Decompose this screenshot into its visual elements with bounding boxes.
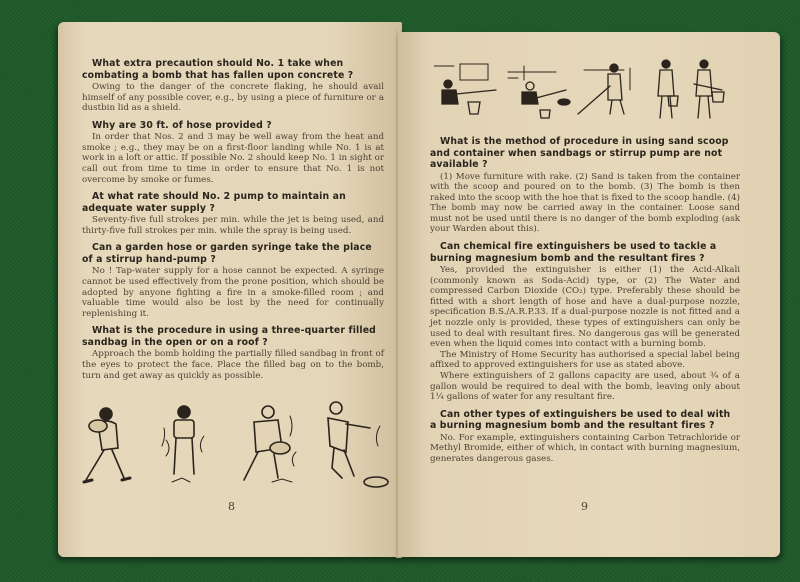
question-heading: Can other types of extinguishers be used… — [430, 409, 740, 432]
answer-paragraph: In order that Nos. 2 and 3 may be well a… — [82, 132, 384, 185]
answer-paragraph: (1) Move furniture with rake. (2) Sand i… — [430, 172, 740, 236]
question-heading: What is the procedure in using a three-q… — [82, 325, 384, 348]
question-heading: What is the method of procedure in using… — [430, 136, 740, 171]
figure-carrying-sandbag-icon — [84, 408, 130, 482]
question-heading: Can a garden hose or garden syringe take… — [82, 242, 384, 265]
question-heading: What extra precaution should No. 1 take … — [82, 58, 384, 81]
figure-running-away-icon — [328, 402, 388, 487]
answer-paragraph: No ! Tap-water supply for a hose cannot … — [82, 266, 384, 319]
left-page: What extra precaution should No. 1 take … — [58, 22, 402, 557]
left-page-text: What extra precaution should No. 1 take … — [82, 52, 384, 381]
figure-approaching-fire-icon — [162, 406, 204, 482]
scoop-sand-icon — [508, 66, 570, 118]
answer-paragraph: Approach the bomb holding the partially … — [82, 349, 384, 381]
question-heading: At what rate should No. 2 pump to mainta… — [82, 191, 384, 214]
answer-paragraph: The Ministry of Home Security has author… — [430, 350, 740, 371]
open-booklet: What extra precaution should No. 1 take … — [0, 0, 800, 582]
answer-paragraph: Seventy-five full strokes per min. while… — [82, 215, 384, 236]
right-page-text: What is the method of procedure in using… — [430, 130, 740, 465]
answer-paragraph: Yes, provided the extinguisher is either… — [430, 265, 740, 350]
carry-container-icon — [658, 60, 724, 118]
right-page: What is the method of procedure in using… — [398, 32, 780, 557]
question-heading: Why are 30 ft. of hose provided ? — [82, 120, 384, 132]
page-number: 9 — [581, 500, 588, 513]
answer-paragraph: Where extinguishers of 2 gallons capacit… — [430, 371, 740, 403]
rake-furniture-icon — [434, 64, 496, 114]
answer-paragraph: Owing to the danger of the concrete flak… — [82, 82, 384, 114]
figure-placing-sandbag-icon — [244, 406, 296, 482]
question-heading: Can chemical fire extinguishers be used … — [430, 241, 740, 264]
sandbag-procedure-illustration — [76, 396, 394, 496]
sand-scoop-procedure-illustration — [434, 56, 730, 124]
answer-paragraph: No. For example, extinguishers containin… — [430, 433, 740, 465]
rake-bomb-icon — [578, 64, 630, 114]
page-number: 8 — [228, 500, 235, 513]
